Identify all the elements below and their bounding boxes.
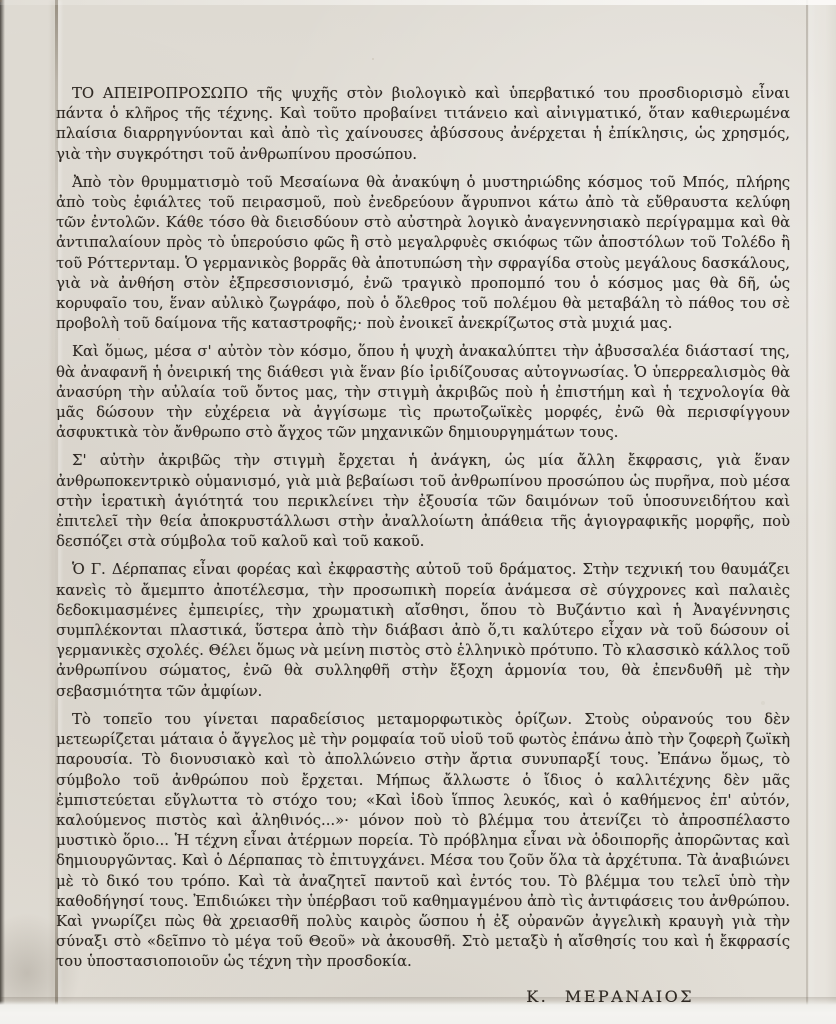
paragraph-1: ΤΟ ΑΠΕΙΡΟΠΡΟΣΩΠΟ τῆς ψυχῆς στὸν βιολογικ… <box>56 84 790 165</box>
fold-crease-right <box>806 0 808 1024</box>
essay-text: ΤΟ ΑΠΕΙΡΟΠΡΟΣΩΠΟ τῆς ψυχῆς στὸν βιολογικ… <box>56 84 790 1007</box>
paragraph-5: Ὁ Γ. Δέρπαπας εἶναι φορέας καὶ ἐκφραστὴς… <box>56 560 790 701</box>
page-right-margin-strip <box>809 0 836 1024</box>
paragraph-4: Σ' αὐτὴν ἀκριβῶς τὴν στιγμὴ ἔρχεται ἡ ἀν… <box>56 451 790 552</box>
page-top-edge <box>0 0 836 5</box>
scan-edge-left <box>0 0 5 1024</box>
paper-speckles <box>0 0 2 2</box>
paragraph-2: Ἀπὸ τὸν θρυμματισμὸ τοῦ Μεσαίωνα θὰ ἀνακ… <box>56 173 790 335</box>
author-signature: Κ. ΜΕΡΑΝΑΙΟΣ <box>56 987 790 1007</box>
paragraph-3: Καὶ ὅμως, μέσα σ' αὐτὸν τὸν κόσμο, ὅπου … <box>56 342 790 443</box>
paragraph-6: Τὸ τοπεῖο του γίνεται παραδείσιος μεταμο… <box>56 710 790 973</box>
scanned-page: ΤΟ ΑΠΕΙΡΟΠΡΟΣΩΠΟ τῆς ψυχῆς στὸν βιολογικ… <box>0 0 836 1024</box>
